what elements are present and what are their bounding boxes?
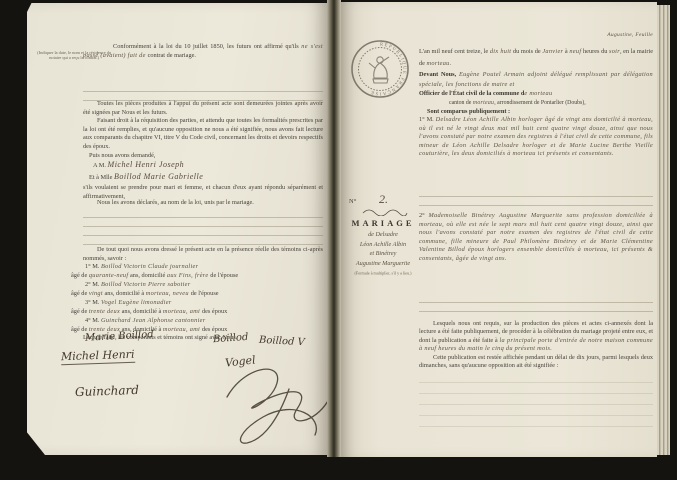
- declaration-line: Nous les avons déclarés, au nom de la lo…: [83, 199, 323, 208]
- act-number-flourish: [361, 208, 409, 216]
- act-number-label: N°: [349, 198, 356, 205]
- blank-ruled-lines: [419, 294, 653, 312]
- blank-ruled-lines: [419, 188, 653, 206]
- blank-ruled-lines: [419, 372, 653, 428]
- binding-gutter: [327, 0, 341, 457]
- party-line: Léon Achille Albin: [345, 240, 421, 250]
- bride-name-line: Et à Mlle Boillod Marie Gabrielle: [89, 171, 329, 183]
- act-title: MARIAGE: [345, 218, 421, 228]
- stamp-figure: [369, 57, 389, 83]
- blank-ruled-lines: [83, 83, 323, 101]
- corner-annotation: Augustine, Feuille: [565, 32, 653, 38]
- witness-2-name: 2° M. Boillod Victorin Pierre sabotier: [71, 280, 325, 289]
- witness-3-name: 3° M. Vogel Eugène limonadier: [71, 298, 325, 307]
- formalities-paragraph: Faisant droit à la réquisition des parti…: [83, 117, 323, 151]
- republique-francaise-stamp-icon: RÉPUBLIQUE FRANÇAISE: [349, 38, 411, 100]
- act-parties: de Delsadre Léon Achille Albin et Binétr…: [345, 230, 421, 268]
- bride-paragraph: 2° Mademoiselle Binétrey Augustine Margu…: [419, 212, 653, 264]
- witness-4-name: 4° M. Guinchard Jean Alphonse cantonnier: [71, 316, 325, 325]
- date-paragraph: L'an mil neuf cent treize, le dix huit d…: [419, 46, 653, 70]
- requisition-paragraph: Lesquels nous ont requis, sur la product…: [419, 320, 653, 354]
- blank-ruled-lines: [83, 209, 323, 247]
- scanned-register-spread: (Indiquer la date, le nom et la résidenc…: [0, 0, 677, 480]
- witness-3-details: âgé de trente deux ans, domicilié à mort…: [71, 307, 325, 316]
- party-line: et Binétrey: [345, 249, 421, 259]
- groom-name-line: A M. Michel Henri Joseph: [93, 159, 333, 171]
- witness-intro-paragraph: De tout quoi nous avons dressé le présen…: [83, 246, 323, 263]
- officier-etat-civil-line: Officier de l'État civil de la commune d…: [419, 90, 653, 99]
- party-line: Augustine Marguerite: [345, 259, 421, 269]
- left-page: (Indiquer la date, le nom et la résidenc…: [27, 3, 327, 455]
- signature-witness-guinchard: Guinchard: [75, 383, 139, 399]
- witness-list: 1° M. Boillod Victorin Claude journalier…: [71, 262, 325, 334]
- officer-signature-flourish: [219, 359, 337, 447]
- canton-line: canton de morteau, arrondissement de Pon…: [419, 99, 677, 108]
- margin-form-note: (Formule à multiplier, s'il y a lieu.): [348, 272, 419, 276]
- witness-2-details: âgé de vingt ans, domicilié à morteau, n…: [71, 289, 325, 298]
- witness-1-details: âgé de quarante-neuf ans, domicilié aux …: [71, 271, 325, 280]
- groom-paragraph: 1° M. Delsadre Léon Achille Albin horlog…: [419, 116, 653, 159]
- signature-witness-boillod-2: Boillod V: [259, 335, 305, 348]
- party-line: de Delsadre: [345, 230, 421, 240]
- devant-nous-paragraph: Devant Nous, Eugène Poutel Armain adjoin…: [419, 70, 653, 89]
- right-page: Augustine, Feuille RÉPUBLIQUE FRANÇAISE …: [341, 2, 657, 457]
- act-number: 2.: [379, 192, 388, 207]
- witness-1-name: 1° M. Boillod Victorin Claude journalier: [71, 262, 325, 271]
- contract-clause-paragraph: Conformément à la loi du 10 juillet 1850…: [83, 43, 323, 60]
- signature-groom: Michel Henri: [61, 348, 135, 366]
- publication-paragraph: Cette publication est restée affichée pe…: [419, 354, 653, 371]
- signature-witness-boillod: Boillod: [213, 332, 249, 345]
- book-page-edges: [657, 5, 670, 455]
- pieces-paragraph: Toutes les pièces produites à l'appui du…: [83, 100, 323, 117]
